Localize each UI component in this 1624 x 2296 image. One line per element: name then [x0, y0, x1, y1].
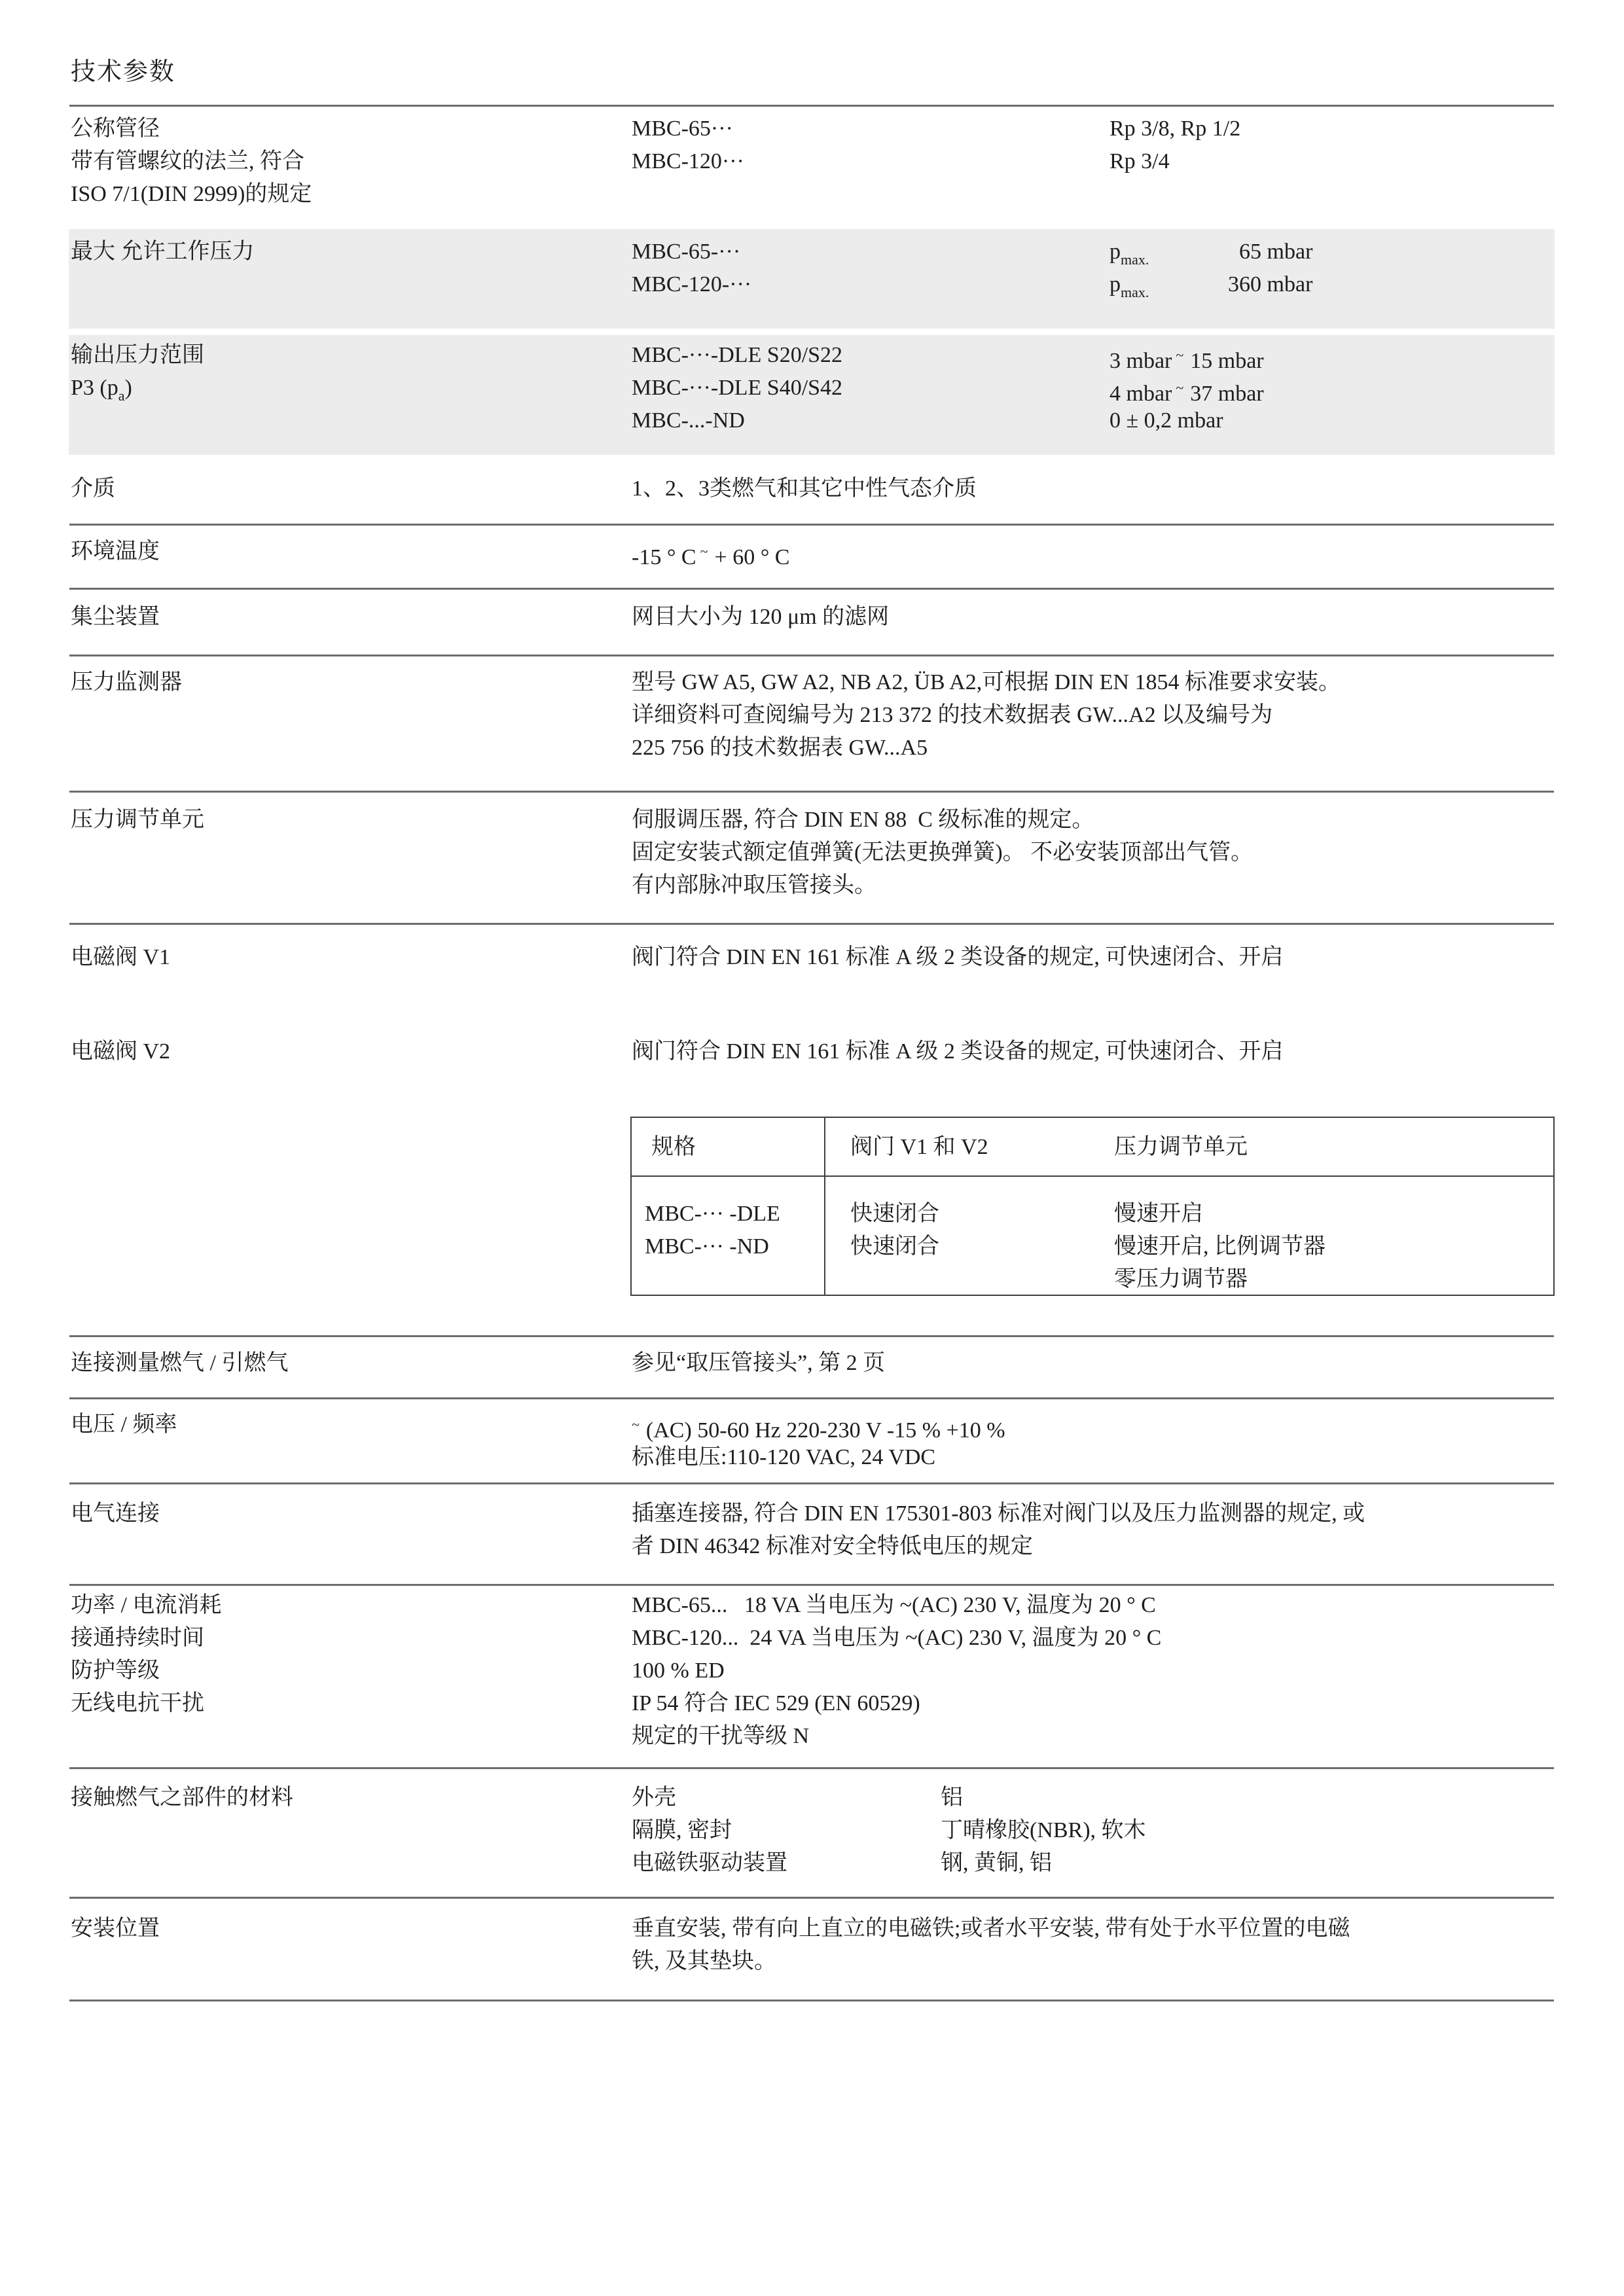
row-label: 电磁阀 V1	[71, 941, 632, 974]
table-cell: MBC-··· -DLE	[632, 1198, 824, 1230]
material-name: 钢, 黄铜, 铝	[941, 1847, 1555, 1880]
row-label: 介质	[71, 473, 632, 505]
spec-table: 规格 阀门 V1 和 V2 压力调节单元 MBC-··· -DLE MBC-··…	[630, 1117, 1555, 1296]
table-cell: 快速闭合	[824, 1198, 1111, 1230]
label-line: 防护等级	[71, 1655, 632, 1687]
value-line: 100 % ED	[632, 1655, 1555, 1687]
value-line: 有内部脉冲取压管接头。	[632, 869, 1555, 902]
value-column: MBC-65... 18 VA 当电压为 ~(AC) 230 V, 温度为 20…	[632, 1589, 1555, 1753]
model-line: MBC-···-DLE S40/S42	[632, 372, 1110, 404]
value-line: 固定安装式额定值弹簧(无法更换弹簧)。 不必安装顶部出气管。	[632, 836, 1555, 869]
value-column: 插塞连接器, 符合 DIN EN 175301-803 标准对阀门以及压力监测器…	[632, 1498, 1555, 1563]
row-label: 环境温度	[71, 535, 632, 568]
row-outlet-pressure: 输出压力范围 P3 (pa) MBC-···-DLE S20/S22 MBC-·…	[71, 339, 1555, 437]
header-cell: 规格	[632, 1131, 824, 1164]
divider	[69, 1397, 1554, 1399]
row-label: 接触燃气之部件的材料	[71, 1782, 632, 1814]
row-label: 输出压力范围 P3 (pa)	[71, 339, 632, 437]
label-text: P3 (p	[71, 376, 118, 400]
value-line: pmax.65 mbar	[1110, 236, 1555, 268]
value-line: 铁, 及其垫块。	[632, 1945, 1555, 1978]
value-line: 参见“取压管接头”, 第 2 页	[632, 1347, 1555, 1380]
value-line: ~(AC) 50-60 Hz 220-230 V -15 % +10 %	[632, 1408, 1555, 1441]
row-pressure-switch: 压力监测器 型号 GW A5, GW A2, NB A2, ÜB A2,可根据 …	[71, 666, 1555, 764]
label-line: 最大 允许工作压力	[71, 236, 632, 268]
label-line: 带有管螺纹的法兰, 符合	[71, 145, 632, 178]
row-label: 压力调节单元	[71, 804, 632, 836]
value-column: 垂直安装, 带有向上直立的电磁铁;或者水平安装, 带有处于水平位置的电磁 铁, …	[632, 1912, 1555, 1978]
value-line: Rp 3/4	[1110, 145, 1555, 178]
divider	[69, 1482, 1554, 1484]
material-name: 丁晴橡胶(NBR), 软木	[941, 1814, 1555, 1847]
divider	[69, 524, 1554, 526]
range-from: 4 mbar	[1110, 382, 1172, 406]
value-line: MBC-65... 18 VA 当电压为 ~(AC) 230 V, 温度为 20…	[632, 1589, 1555, 1622]
label-line: 接通持续时间	[71, 1622, 632, 1655]
value-column: pmax.65 mbar pmax.360 mbar	[1110, 236, 1555, 301]
part-name: 外壳	[632, 1782, 941, 1814]
value-line: 4 mbar~37 mbar	[1110, 372, 1555, 404]
tilde: ~	[696, 543, 715, 560]
value-column: ~(AC) 50-60 Hz 220-230 V -15 % +10 % 标准电…	[632, 1408, 1555, 1474]
table-column-regulator: 慢速开启 慢速开启, 比例调节器 零压力调节器	[1111, 1198, 1553, 1296]
value-line: 伺服调压器, 符合 DIN EN 88 C 级标准的规定。	[632, 804, 1555, 836]
row-label-column: 功率 / 电流消耗 接通持续时间 防护等级 无线电抗干扰	[71, 1589, 632, 1753]
table-cell: 快速闭合	[824, 1230, 1111, 1263]
value-line: 0 ± 0,2 mbar	[1110, 404, 1555, 437]
model-column: MBC-65··· MBC-120···	[632, 113, 1110, 211]
model-column: MBC-···-DLE S20/S22 MBC-···-DLE S40/S42 …	[632, 339, 1110, 437]
table-cell: MBC-··· -ND	[632, 1230, 824, 1263]
value-line: MBC-120... 24 VA 当电压为 ~(AC) 230 V, 温度为 2…	[632, 1622, 1555, 1655]
range-from: 3 mbar	[1110, 349, 1172, 373]
row-ambient-temperature: 环境温度 -15 ° C~+ 60 ° C	[71, 535, 1555, 568]
divider	[69, 1767, 1554, 1769]
value-line: 网目大小为 120 μm 的滤网	[632, 601, 1555, 634]
label-line: 功率 / 电流消耗	[71, 1589, 632, 1622]
range-to: 15 mbar	[1190, 349, 1263, 373]
row-materials: 接触燃气之部件的材料 外壳 隔膜, 密封 电磁铁驱动装置 铝 丁晴橡胶(NBR)…	[71, 1782, 1555, 1880]
part-name: 电磁铁驱动装置	[632, 1847, 941, 1880]
datasheet-page: 技术参数 公称管径 带有管螺纹的法兰, 符合 ISO 7/1(DIN 2999)…	[0, 0, 1624, 2296]
pmax-symbol: p	[1110, 272, 1121, 296]
row-nominal-diameter: 公称管径 带有管螺纹的法兰, 符合 ISO 7/1(DIN 2999)的规定 M…	[71, 113, 1555, 211]
value-line: 标准电压:110-120 VAC, 24 VDC	[632, 1441, 1555, 1474]
pmax-subscript: max.	[1121, 251, 1149, 268]
row-label: 电压 / 频率	[71, 1408, 632, 1441]
divider	[69, 1335, 1554, 1337]
row-regulator-unit: 压力调节单元 伺服调压器, 符合 DIN EN 88 C 级标准的规定。 固定安…	[71, 804, 1555, 902]
material-name: 铝	[941, 1782, 1555, 1814]
model-column: MBC-65-··· MBC-120-···	[632, 236, 1110, 301]
table-cell: 慢速开启, 比例调节器	[1111, 1230, 1553, 1263]
pressure-value: 360 mbar	[1149, 268, 1312, 301]
value-column: Rp 3/8, Rp 1/2 Rp 3/4	[1110, 113, 1555, 211]
value-line: IP 54 符合 IEC 529 (EN 60529)	[632, 1687, 1555, 1720]
row-max-pressure: 最大 允许工作压力 MBC-65-··· MBC-120-··· pmax.65…	[71, 236, 1555, 301]
pressure-value: 65 mbar	[1149, 236, 1312, 268]
label-line: 输出压力范围	[71, 339, 632, 372]
row-power-rating: 功率 / 电流消耗 接通持续时间 防护等级 无线电抗干扰 MBC-65... 1…	[71, 1589, 1555, 1753]
voltage-text: (AC) 50-60 Hz 220-230 V -15 % +10 %	[646, 1418, 1005, 1443]
value-line: -15 ° C~+ 60 ° C	[632, 535, 1555, 568]
header-cell: 压力调节单元	[1111, 1131, 1553, 1164]
spec-table-body: MBC-··· -DLE MBC-··· -ND 快速闭合 快速闭合 慢速开启 …	[632, 1177, 1553, 1296]
temp-to: + 60 ° C	[715, 545, 790, 569]
value-line: Rp 3/8, Rp 1/2	[1110, 113, 1555, 145]
row-label: 最大 允许工作压力	[71, 236, 632, 301]
spec-table-header: 规格 阀门 V1 和 V2 压力调节单元	[632, 1118, 1553, 1177]
divider	[69, 791, 1554, 793]
value-column: 伺服调压器, 符合 DIN EN 88 C 级标准的规定。 固定安装式额定值弹簧…	[632, 804, 1555, 902]
table-cell: 零压力调节器	[1111, 1263, 1553, 1296]
label-subscript: a	[118, 387, 125, 404]
label-line: 无线电抗干扰	[71, 1687, 632, 1720]
value-line: 者 DIN 46342 标准对安全特低电压的规定	[632, 1530, 1555, 1563]
page-title: 技术参数	[71, 51, 175, 87]
value-line: 规定的干扰等级 N	[632, 1720, 1555, 1753]
value-line: 垂直安装, 带有向上直立的电磁铁;或者水平安装, 带有处于水平位置的电磁	[632, 1912, 1555, 1945]
table-vertical-rule	[824, 1118, 825, 1295]
label-line: ISO 7/1(DIN 2999)的规定	[71, 178, 632, 211]
temp-from: -15 ° C	[632, 545, 696, 569]
row-label: 电磁阀 V2	[71, 1035, 632, 1068]
model-line: MBC-65···	[632, 113, 1110, 145]
row-tap-connection: 连接测量燃气 / 引燃气 参见“取压管接头”, 第 2 页	[71, 1347, 1555, 1380]
pmax-subscript: max.	[1121, 284, 1149, 300]
table-cell: 慢速开启	[1111, 1198, 1553, 1230]
range-to: 37 mbar	[1190, 382, 1263, 406]
material-column: 铝 丁晴橡胶(NBR), 软木 钢, 黄铜, 铝	[941, 1782, 1555, 1880]
value-line: 型号 GW A5, GW A2, NB A2, ÜB A2,可根据 DIN EN…	[632, 666, 1555, 699]
value-column: 型号 GW A5, GW A2, NB A2, ÜB A2,可根据 DIN EN…	[632, 666, 1555, 764]
row-label: 公称管径 带有管螺纹的法兰, 符合 ISO 7/1(DIN 2999)的规定	[71, 113, 632, 211]
part-column: 外壳 隔膜, 密封 电磁铁驱动装置	[632, 1782, 941, 1880]
table-column-models: MBC-··· -DLE MBC-··· -ND	[632, 1198, 824, 1296]
divider	[69, 2000, 1554, 2001]
row-label: 安装位置	[71, 1912, 632, 1945]
model-line: MBC-120···	[632, 145, 1110, 178]
row-mounting-position: 安装位置 垂直安装, 带有向上直立的电磁铁;或者水平安装, 带有处于水平位置的电…	[71, 1912, 1555, 1978]
model-line: MBC-65-···	[632, 236, 1110, 268]
label-line: P3 (pa)	[71, 372, 632, 404]
value-line: 阀门符合 DIN EN 161 标准 A 级 2 类设备的规定, 可快速闭合、开…	[632, 1035, 1555, 1068]
divider	[69, 923, 1554, 925]
label-text: )	[125, 376, 132, 400]
row-strainer: 集尘装置 网目大小为 120 μm 的滤网	[71, 601, 1555, 634]
model-line: MBC-···-DLE S20/S22	[632, 339, 1110, 372]
pmax-symbol: p	[1110, 240, 1121, 264]
part-name: 隔膜, 密封	[632, 1814, 941, 1847]
row-label: 电气连接	[71, 1498, 632, 1530]
tilde: ~	[632, 1416, 646, 1433]
row-label: 集尘装置	[71, 601, 632, 634]
divider	[69, 1584, 1554, 1586]
row-voltage-frequency: 电压 / 频率 ~(AC) 50-60 Hz 220-230 V -15 % +…	[71, 1408, 1555, 1474]
value-line: 3 mbar~15 mbar	[1110, 339, 1555, 372]
row-valve-v2: 电磁阀 V2 阀门符合 DIN EN 161 标准 A 级 2 类设备的规定, …	[71, 1035, 1555, 1068]
row-label: 连接测量燃气 / 引燃气	[71, 1347, 632, 1380]
value-line: 225 756 的技术数据表 GW...A5	[632, 732, 1555, 764]
divider	[69, 105, 1554, 107]
label-line: 公称管径	[71, 113, 632, 145]
tilde: ~	[1172, 380, 1190, 396]
tilde: ~	[1172, 347, 1190, 363]
table-column-valves: 快速闭合 快速闭合	[824, 1198, 1111, 1296]
model-line: MBC-120-···	[632, 268, 1110, 301]
divider	[69, 1897, 1554, 1899]
row-electrical-connection: 电气连接 插塞连接器, 符合 DIN EN 175301-803 标准对阀门以及…	[71, 1498, 1555, 1563]
value-line: 详细资料可查阅编号为 213 372 的技术数据表 GW...A2 以及编号为	[632, 699, 1555, 732]
row-label: 压力监测器	[71, 666, 632, 699]
divider	[69, 588, 1554, 590]
value-line: 插塞连接器, 符合 DIN EN 175301-803 标准对阀门以及压力监测器…	[632, 1498, 1555, 1530]
value-line: pmax.360 mbar	[1110, 268, 1555, 301]
divider	[69, 655, 1554, 656]
value-line: 阀门符合 DIN EN 161 标准 A 级 2 类设备的规定, 可快速闭合、开…	[632, 941, 1555, 974]
model-line: MBC-...-ND	[632, 404, 1110, 437]
row-medium: 介质 1、2、3类燃气和其它中性气态介质	[71, 473, 1555, 505]
row-valve-v1: 电磁阀 V1 阀门符合 DIN EN 161 标准 A 级 2 类设备的规定, …	[71, 941, 1555, 974]
value-line: 1、2、3类燃气和其它中性气态介质	[632, 473, 1555, 505]
header-cell: 阀门 V1 和 V2	[824, 1131, 1111, 1164]
value-column: 3 mbar~15 mbar 4 mbar~37 mbar 0 ± 0,2 mb…	[1110, 339, 1555, 437]
